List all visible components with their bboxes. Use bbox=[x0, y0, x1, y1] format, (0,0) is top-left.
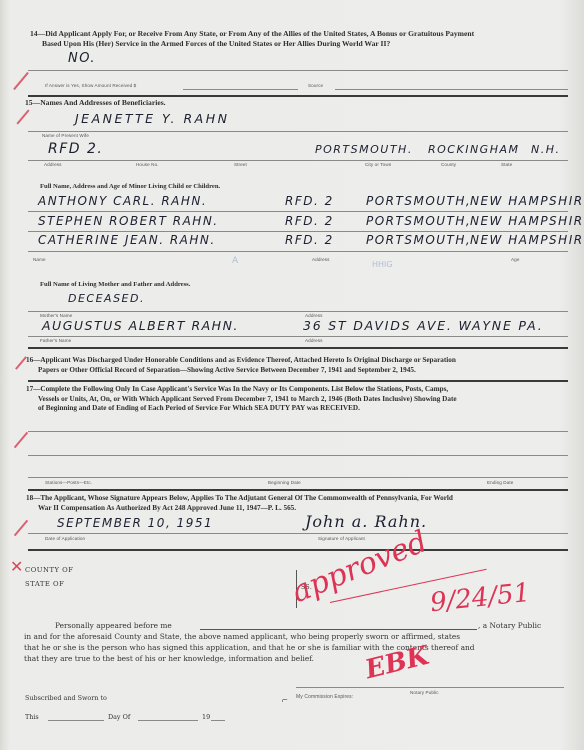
faint-bleed-through: HHIG bbox=[372, 260, 393, 269]
children-label-address: Address bbox=[312, 257, 330, 262]
question-14: 14—Did Applicant Apply For, or Receive F… bbox=[30, 29, 570, 49]
child-row-line bbox=[28, 211, 568, 212]
question-18: 18—The Applicant, Whose Signature Appear… bbox=[26, 494, 571, 513]
wife-city: PORTSMOUTH. bbox=[315, 143, 413, 156]
child-name: ANTHONY CARL. RAHN. bbox=[38, 194, 207, 208]
father-name: AUGUSTUS ALBERT RAHN. bbox=[42, 318, 239, 333]
wife-name: JEANETTE Y. RAHN bbox=[75, 111, 229, 126]
signature-of-applicant-label: Signature of Applicant bbox=[318, 536, 365, 541]
child-address: RFD. 2 bbox=[285, 194, 334, 208]
application-form-page: 14—Did Applicant Apply For, or Receive F… bbox=[0, 0, 584, 750]
month-field[interactable] bbox=[138, 720, 198, 721]
label-house-no: House No. bbox=[136, 162, 159, 167]
question-18-line2: War II Compensation As Authorized By Act… bbox=[26, 504, 571, 514]
section-divider bbox=[28, 95, 568, 97]
question-17-line1: 17—Complete the Following Only In Case A… bbox=[26, 385, 448, 393]
divider bbox=[28, 160, 568, 161]
child-city: PORTSMOUTH, bbox=[366, 233, 471, 247]
question-16-line2: Papers or Other Official Record of Separ… bbox=[26, 366, 571, 376]
commission-expires-label: My Commission Expires: bbox=[296, 694, 353, 700]
child-address: RFD. 2 bbox=[285, 233, 334, 247]
question-14-line1: 14—Did Applicant Apply For, or Receive F… bbox=[30, 29, 474, 38]
wife-address: RFD 2. bbox=[48, 141, 103, 157]
children-label-age: Age bbox=[511, 257, 519, 262]
red-check-mark bbox=[13, 72, 29, 90]
section-divider bbox=[28, 549, 568, 551]
child-city: PORTSMOUTH, bbox=[366, 214, 471, 228]
label-address: Address bbox=[44, 162, 62, 167]
day-field[interactable] bbox=[48, 720, 104, 721]
question-15-heading: 15—Names And Addresses of Beneficiaries. bbox=[25, 98, 166, 108]
section-divider bbox=[28, 347, 568, 349]
service-entry-line[interactable] bbox=[28, 455, 568, 456]
faint-bleed-through: A bbox=[232, 256, 238, 266]
question-14-answer: NO. bbox=[68, 51, 96, 66]
child-name: CATHERINE JEAN. RAHN. bbox=[38, 233, 216, 247]
children-heading: Full Name, Address and Age of Minor Livi… bbox=[40, 182, 220, 192]
date-of-application-label: Date of Application bbox=[45, 536, 85, 541]
wife-state: N.H. bbox=[531, 143, 561, 156]
source-label: Source bbox=[308, 83, 323, 88]
ending-date-label: Ending Date bbox=[487, 480, 513, 485]
year-prefix: 19 bbox=[202, 712, 210, 723]
this-label: This bbox=[25, 712, 39, 723]
day-of-label: Day Of bbox=[108, 712, 130, 723]
notary-public-label: Notary Public bbox=[410, 690, 439, 695]
child-row-line bbox=[28, 251, 568, 252]
divider bbox=[28, 70, 568, 71]
child-address: RFD. 2 bbox=[285, 214, 334, 228]
label-city: City or Town bbox=[365, 162, 391, 167]
notary-signature-field[interactable] bbox=[296, 687, 564, 688]
father-address: 36 ST DAVIDS AVE. WAYNE PA. bbox=[303, 318, 544, 333]
amount-received-label: If Answer is Yes, Show Amount Received $ bbox=[45, 83, 136, 88]
question-17-line2: Vessels or Units, At, On, or With Which … bbox=[26, 395, 571, 405]
mother-name: DECEASED. bbox=[68, 292, 145, 305]
state-of-label: STATE OF bbox=[25, 580, 64, 588]
subscribed-sworn-label: Subscribed and Sworn to bbox=[25, 693, 107, 704]
wife-name-label: Name of Present Wife bbox=[42, 133, 89, 138]
parents-heading: Full Name of Living Mother and Father an… bbox=[40, 280, 190, 290]
county-of-label: COUNTY OF bbox=[25, 566, 73, 574]
notary-line4: that they are true to the best of his or… bbox=[24, 653, 314, 664]
child-state: NEW HAMPSHIRE bbox=[470, 194, 584, 208]
divider bbox=[28, 131, 568, 132]
red-x-mark: ✕ bbox=[10, 557, 23, 576]
label-street: Street bbox=[234, 162, 247, 167]
red-check-mark bbox=[14, 520, 28, 537]
stations-label: Stations—Posts—Etc. bbox=[45, 480, 92, 485]
pencil-mark: ⌐ bbox=[282, 695, 288, 706]
child-city: PORTSMOUTH, bbox=[366, 194, 471, 208]
section-divider bbox=[28, 380, 568, 382]
divider bbox=[28, 311, 568, 312]
label-state: State bbox=[501, 162, 512, 167]
service-entry-line[interactable] bbox=[28, 431, 568, 432]
question-18-line1: 18—The Applicant, Whose Signature Appear… bbox=[26, 494, 453, 502]
father-address-label: Address bbox=[305, 338, 323, 343]
question-14-line2: Based Upon His (Her) Service in the Arme… bbox=[30, 39, 570, 49]
child-state: NEW HAMPSHIRE bbox=[470, 214, 584, 228]
divider bbox=[28, 533, 568, 534]
child-name: STEPHEN ROBERT RAHN. bbox=[38, 214, 219, 228]
notary-line2: in and for the aforesaid County and Stat… bbox=[24, 631, 460, 642]
beginning-date-label: Beginning Date bbox=[268, 480, 301, 485]
label-county: County bbox=[441, 162, 456, 167]
red-check-mark bbox=[16, 109, 29, 124]
approved-date: 9/24/51 bbox=[429, 578, 532, 618]
divider bbox=[28, 336, 568, 337]
notary-line1-a: Personally appeared before me bbox=[55, 620, 172, 631]
service-entry-line[interactable] bbox=[28, 477, 568, 478]
wife-county: ROCKINGHAM bbox=[428, 143, 519, 156]
amount-received-field[interactable] bbox=[183, 89, 298, 90]
child-state: NEW HAMPSHIRE bbox=[470, 233, 584, 247]
section-divider bbox=[28, 489, 568, 491]
red-check-mark bbox=[14, 432, 28, 449]
notary-name-field[interactable] bbox=[200, 629, 477, 630]
question-17: 17—Complete the Following Only In Case A… bbox=[26, 385, 571, 414]
question-16: 16—Applicant Was Discharged Under Honora… bbox=[26, 356, 571, 375]
year-field[interactable] bbox=[211, 720, 225, 721]
children-label-name: Name bbox=[33, 257, 46, 262]
child-row-line bbox=[28, 231, 568, 232]
father-name-label: Father's Name bbox=[40, 338, 71, 343]
application-date: SEPTEMBER 10, 1951 bbox=[57, 516, 213, 530]
source-field[interactable] bbox=[335, 89, 568, 90]
question-16-line1: 16—Applicant Was Discharged Under Honora… bbox=[26, 356, 456, 364]
question-17-line3: of Beginning and Date of Ending of Each … bbox=[26, 404, 571, 414]
notary-line1-b: , a Notary Public bbox=[478, 620, 541, 631]
